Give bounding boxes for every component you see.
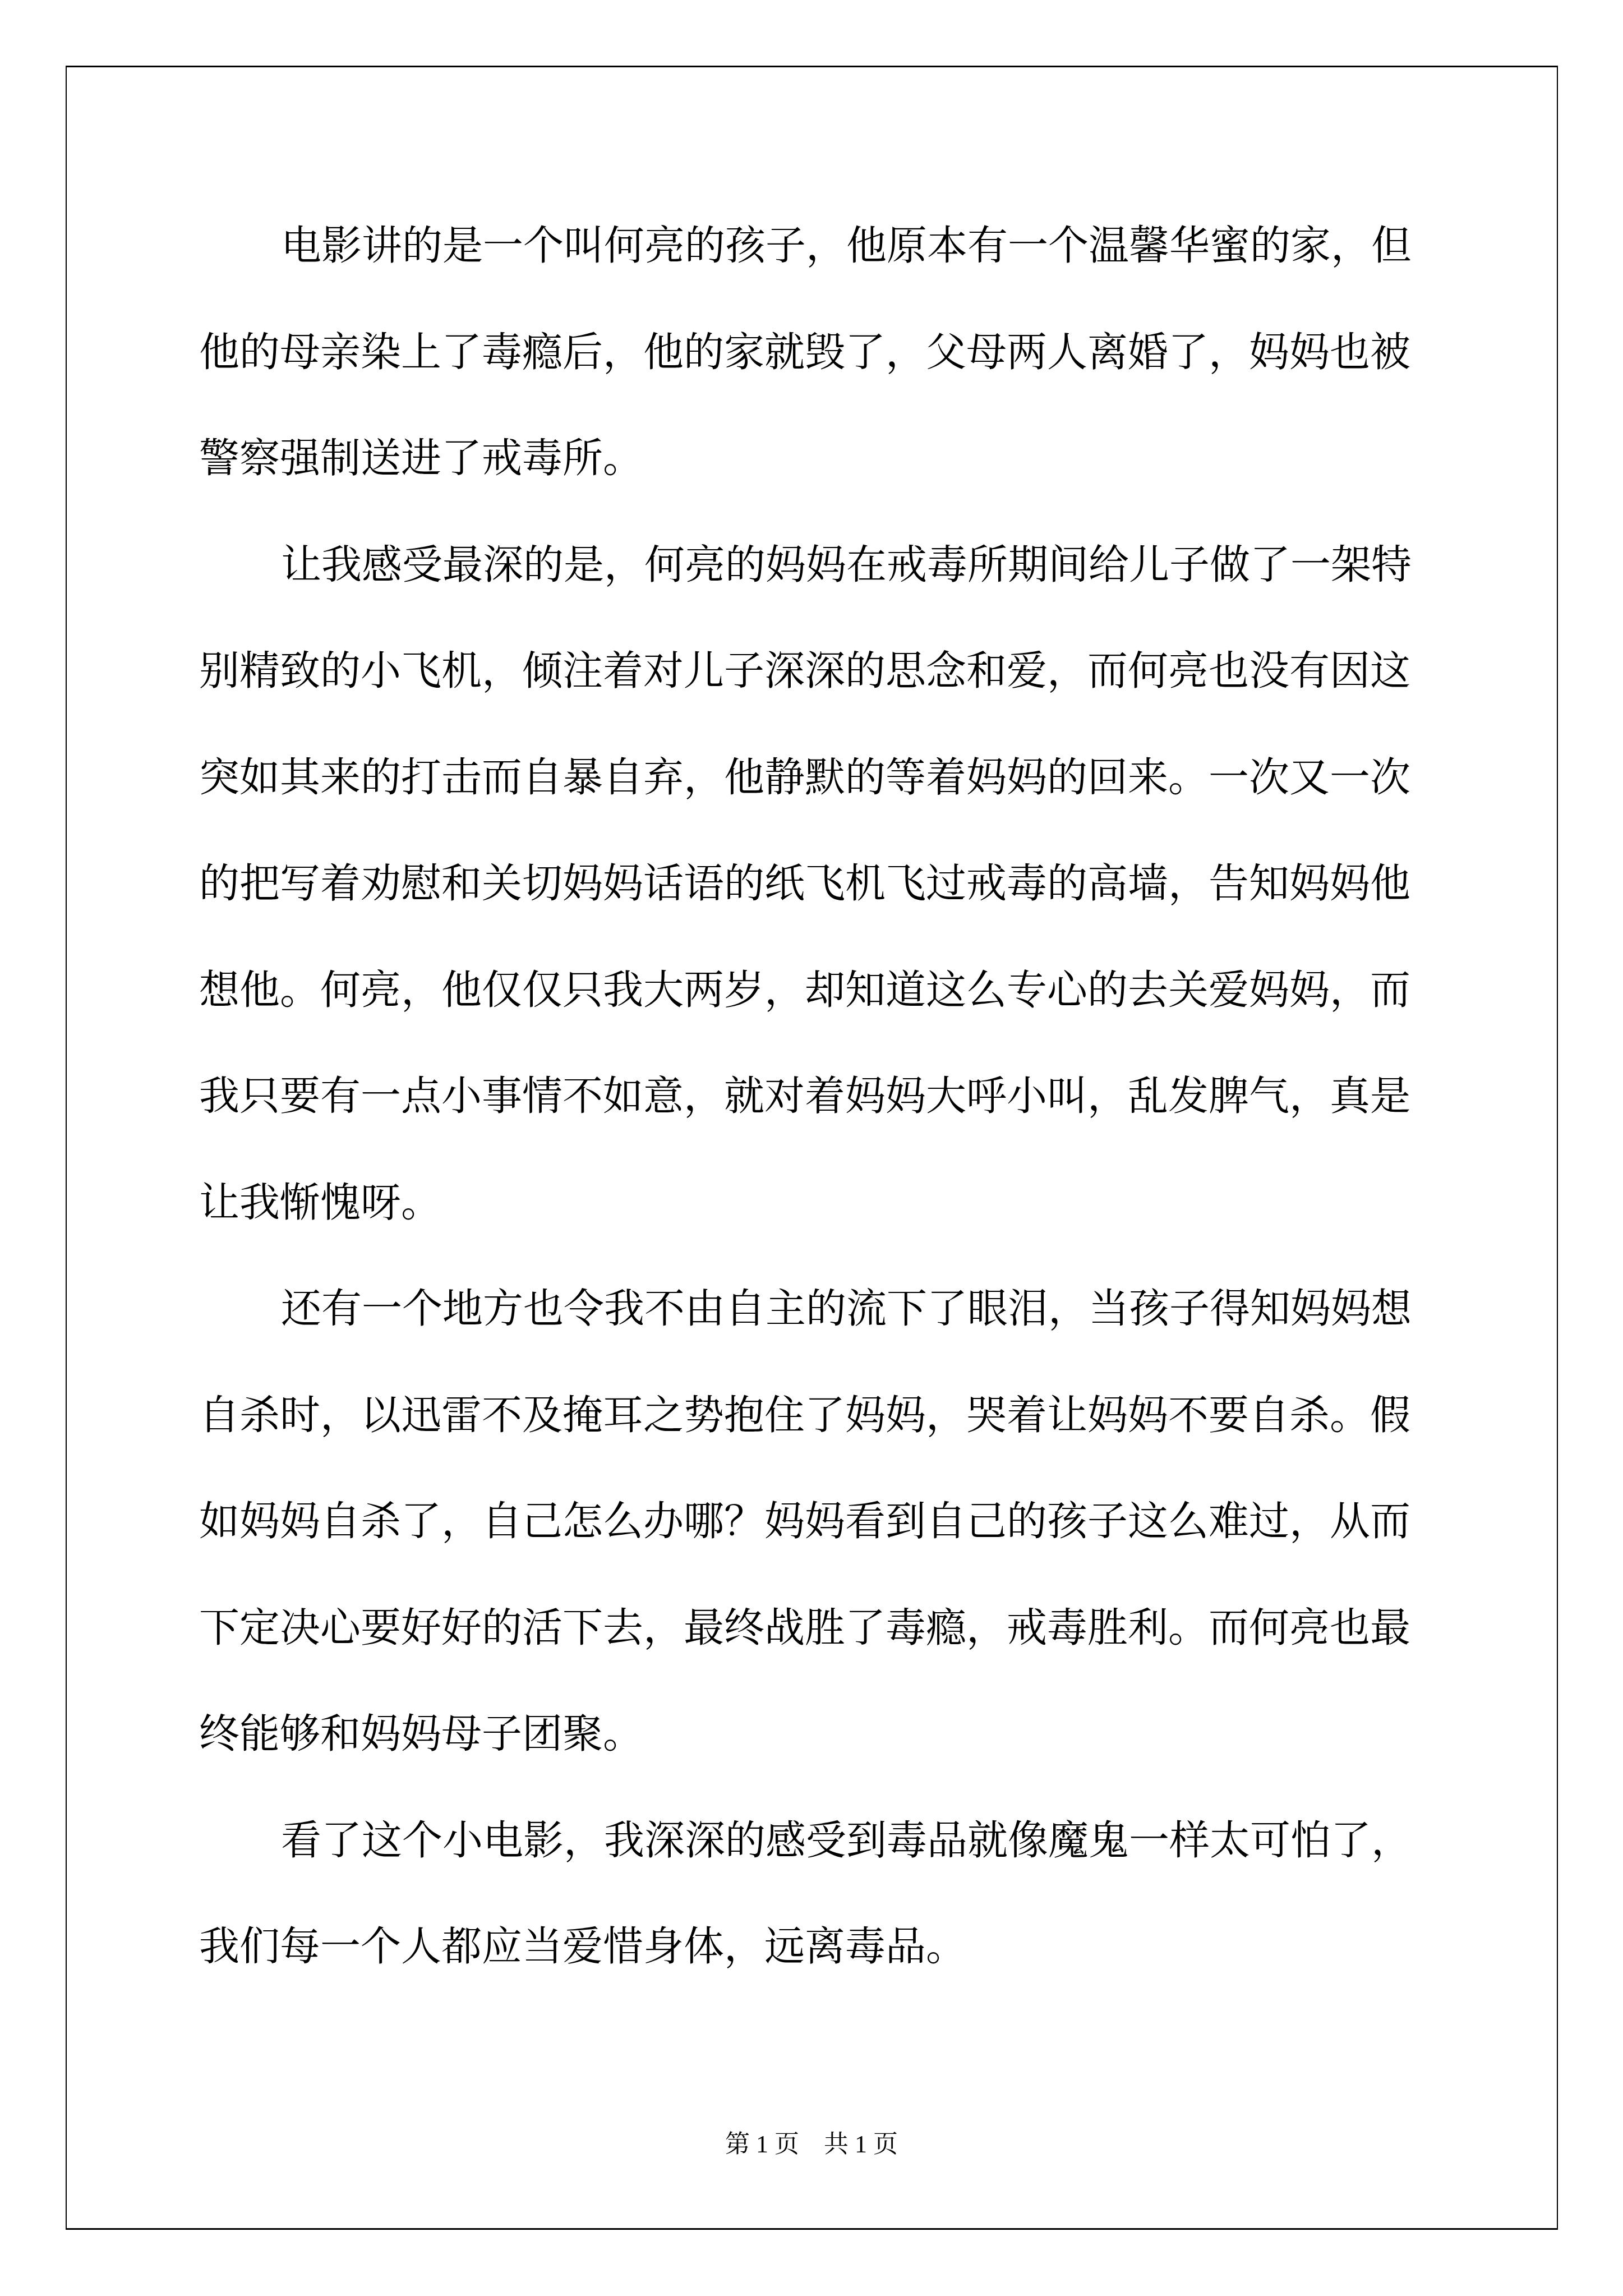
paragraph-3-line-2: 自杀时，以迅雷不及掩耳之势抱住了妈妈，哭着让妈妈不要自杀。假 [199,1392,1425,1437]
paragraph-2-line-6: 我只要有一点小事情不如意，就对着妈妈大呼小叫，乱发脾气，真是 [199,1073,1425,1118]
paragraph-3-line-3: 如妈妈自杀了，自己怎么办哪？妈妈看到自己的孩子这么难过，从而 [199,1498,1425,1543]
paragraph-1-line-1: 电影讲的是一个叫何亮的孩子，他原本有一个温馨华蜜的家，但 [199,223,1425,268]
paragraph-1-line-2: 他的母亲染上了毒瘾后，他的家就毁了，父母两人离婚了，妈妈也被 [199,329,1425,374]
paragraph-4-line-1: 看了这个小电影，我深深的感受到毒品就像魔鬼一样太可怕了， [199,1818,1425,1862]
page-number-footer: 第 1 页 共 1 页 [0,2129,1623,2160]
paragraph-3-line-4: 下定决心要好好的活下去，最终战胜了毒瘾，戒毒胜利。而何亮也最 [199,1605,1425,1650]
page-border [66,66,1558,2230]
paragraph-2-line-7: 让我惭愧呀。 [199,1180,1425,1225]
paragraph-3-line-5: 终能够和妈妈母子团聚。 [199,1711,1425,1756]
paragraph-2-line-1: 让我感受最深的是，何亮的妈妈在戒毒所期间给儿子做了一架特 [199,542,1425,587]
paragraph-2-line-2: 别精致的小飞机，倾注着对儿子深深的思念和爱，而何亮也没有因这 [199,648,1425,693]
paragraph-4-line-2: 我们每一个人都应当爱惜身体，远离毒品。 [199,1924,1425,1968]
paragraph-2-line-4: 的把写着劝慰和关切妈妈话语的纸飞机飞过戒毒的高墙，告知妈妈他 [199,861,1425,905]
paragraph-2-line-3: 突如其来的打击而自暴自弃，他静默的等着妈妈的回来。一次又一次 [199,754,1425,799]
paragraph-3-line-1: 还有一个地方也令我不由自主的流下了眼泪，当孩子得知妈妈想 [199,1286,1425,1331]
paragraph-1-line-3: 警察强制送进了戒毒所。 [199,435,1425,480]
paragraph-2-line-5: 想他。何亮，他仅仅只我大两岁，却知道这么专心的去关爱妈妈，而 [199,967,1425,1012]
